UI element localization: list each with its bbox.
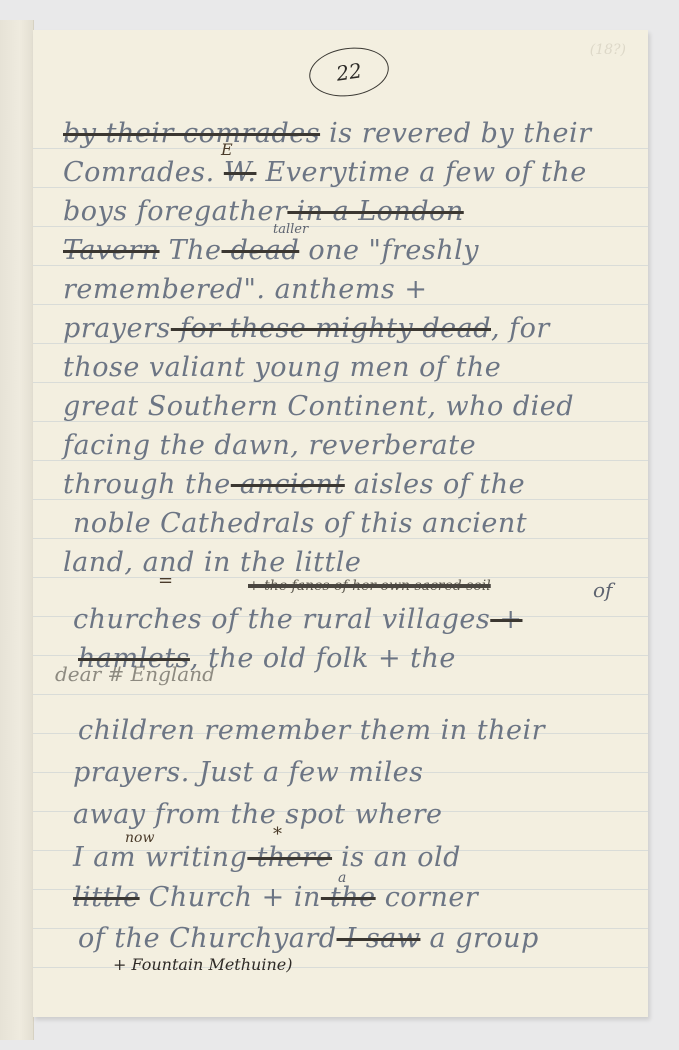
deleted-interlinear-text: + the fanes of her own sacred soil [248,578,491,594]
struck-text: hamlets [78,643,190,674]
line-text: Comrades. [63,157,215,188]
struck-text: Tavern [63,235,160,266]
page-number-circled: 22 [306,43,392,102]
text-line-15: children remember them in their [78,715,545,746]
text-line-2: Comrades. W. Everytime a few of the [63,157,587,188]
insertion-capital-e: E [221,140,233,159]
insertion-now: now [125,830,154,846]
line-text: great Southern Continent, who died [63,391,574,422]
struck-text: I saw [337,923,421,954]
line-text: writing [136,842,247,873]
text-line-20: of the Churchyard I saw a group [78,923,539,954]
pencil-folio-mark: (18?) [590,42,626,58]
line-text: prayers. Just a few miles [73,757,424,788]
line-text: is an old [332,842,461,873]
line-text: The [160,235,222,266]
line-text: those valiant young men of the [63,352,501,383]
text-line-18: I am writing there is an old [73,842,461,873]
line-text: a group [420,923,538,954]
line-text: of the Churchyard [78,923,337,954]
line-text: , the old folk + the [190,643,456,674]
line-text: boys foregather [63,196,287,227]
text-line-19: little Church + in the corner [73,882,478,913]
text-line-9: facing the dawn, reverberate [63,430,476,461]
line-text: is revered by their [320,118,591,149]
struck-text: the [321,882,376,913]
line-text: land [63,547,124,578]
line-text: churches of the rural villages [73,604,490,635]
line-text: , for [491,313,550,344]
text-line-14: hamlets, the old folk + the [78,643,456,674]
manuscript-page: (18?) 22 by their comrades is revered by… [33,30,648,1017]
line-text: remembered". anthems + [63,274,427,305]
struck-text: + [490,604,522,635]
struck-text: ancient [231,469,345,500]
text-line-6: prayers for these mighty dead, for [63,313,550,344]
ruled-line [33,694,648,695]
struck-text: there [247,842,332,873]
struck-text: dead [222,235,300,266]
text-line-13: churches of the rural villages + [73,604,522,635]
text-line-8: great Southern Continent, who died [63,391,574,422]
line-text: prayers [63,313,171,344]
line-text: Everytime a few of the [256,157,586,188]
insertion-taller: taller [273,222,308,237]
struck-text: in a London [287,196,463,227]
text-line-11: noble Cathedrals of this ancient [73,508,527,539]
insertion-caret-equals: = [158,570,173,591]
text-line-5: remembered". anthems + [63,274,427,305]
text-line-7: those valiant young men of the [63,352,501,383]
struck-text: little [73,882,140,913]
text-line-3: boys foregather in a London [63,196,464,227]
struck-text: by their comrades [63,118,320,149]
text-line-4: Tavern The dead one "freshly [63,235,479,266]
insertion-a: a [338,870,346,886]
text-line-1: by their comrades is revered by their [63,118,591,149]
text-line-12: land, and in the little [63,547,361,578]
insertion-of: of [593,578,612,602]
line-text: noble Cathedrals of this ancient [73,508,527,539]
line-text: one "freshly [299,235,479,266]
insertion-asterisk: * [273,824,282,845]
text-line-17: away from the spot where [73,799,442,830]
struck-text: W. [224,157,257,188]
struck-text: for these mighty dead [171,313,491,344]
line-text: away from the spot where [73,799,442,830]
line-text: through the [63,469,231,500]
binding-strip [0,20,34,1040]
footnote: + Fountain Methuine) [113,955,292,974]
line-text: children remember them in their [78,715,545,746]
line-text: corner [376,882,479,913]
text-line-10: through the ancient aisles of the [63,469,525,500]
text-line-16: prayers. Just a few miles [73,757,424,788]
page-number: 22 [335,58,364,85]
line-text: facing the dawn, reverberate [63,430,476,461]
line-text: Church + in [140,882,321,913]
line-text: aisles of the [345,469,525,500]
line-text: I am [73,842,136,873]
